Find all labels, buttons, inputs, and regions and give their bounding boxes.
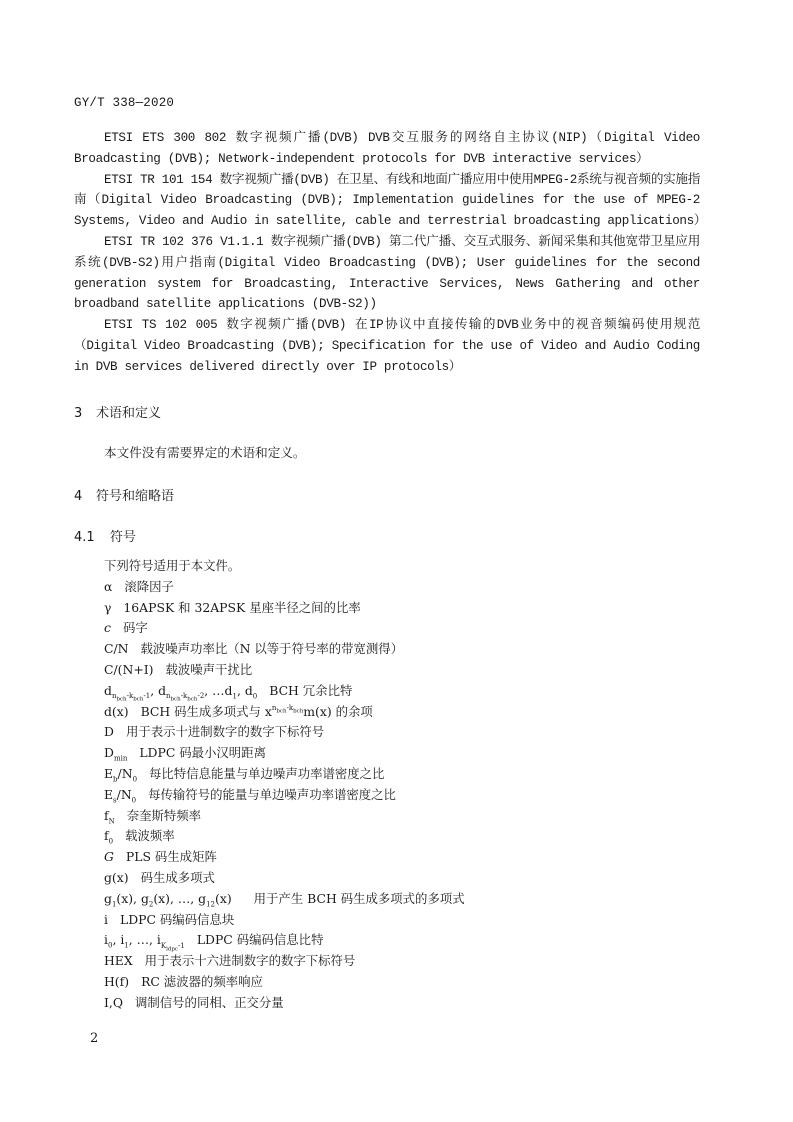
symbols-list: 下列符号适用于本文件。 α滚降因子 γ16APSK 和 32APSK 星座半径之… [104,556,465,1014]
symbol-entry: C/(N+I)载波噪声干扰比 [104,660,465,681]
reference-text: ETSI TS 102 005 数字视频广播(DVB) 在IP协议中直接传输的D… [74,315,700,377]
section-number: 3 [74,406,96,421]
symbol-description: 码生成多项式 [141,870,215,885]
symbol-entry: dnbch-kbch-1, dnbch-kbch-2, …d1, d0BCH 冗… [104,681,465,702]
symbol-ldpc-info-bits: i0, i1, …, iKldpc-1 [104,930,185,951]
symbol-description: 载波噪声功率比（N 以等于符号率的带宽测得） [141,641,404,656]
normative-references-list: ETSI ETS 300 802 数字视频广播(DVB) DVB交互服务的网络自… [74,128,700,378]
symbol-entry: g1(x), g2(x), …, g12(x)用于产生 BCH 码生成多项式的多… [104,889,465,910]
symbol-description: 16APSK 和 32APSK 星座半径之间的比率 [123,600,360,615]
reference-text: ETSI ETS 300 802 数字视频广播(DVB) DVB交互服务的网络自… [74,128,700,170]
symbol-description: 每传输符号的能量与单边噪声功率谱密度之比 [148,787,396,802]
symbol: i [104,910,108,931]
symbol-fn: fN [104,806,115,827]
symbol-description: 滚降因子 [124,579,174,594]
symbol-entry: γ16APSK 和 32APSK 星座半径之间的比率 [104,598,465,619]
symbols-intro: 下列符号适用于本文件。 [104,556,465,577]
symbol: I,Q [104,993,123,1014]
symbol-entry: f0载波频率 [104,826,465,847]
section-3-heading: 3术语和定义 [74,402,161,421]
symbol-entry: Eb/N0每比特信息能量与单边噪声功率谱密度之比 [104,764,465,785]
section-number: 4 [74,489,96,504]
reference-item: ETSI TR 101 154 数字视频广播(DVB) 在卫星、有线和地面广播应… [74,170,700,232]
symbol-f0: f0 [104,826,113,847]
symbol-entry: i0, i1, …, iKldpc-1LDPC 码编码信息比特 [104,930,465,951]
symbol-description: LDPC 码编码信息块 [120,912,234,927]
section-number: 4.1 [74,530,110,545]
symbol-entry: c码字 [104,618,465,639]
symbol-entry: I,Q调制信号的同相、正交分量 [104,993,465,1014]
symbol-description-remainder: BCH 码生成多项式与 xnbch-kbchm(x) 的余项 [141,704,373,719]
reference-item: ETSI TR 102 376 V1.1.1 数字视频广播(DVB) 第二代广播… [74,232,700,315]
symbol-entry: DminLDPC 码最小汉明距离 [104,743,465,764]
symbol-es-n0: Es/N0 [104,785,136,806]
symbol: D [104,722,114,743]
section-title: 符号 [110,530,136,545]
standard-id-header: GY/T 338—2020 [74,96,174,110]
page-number: 2 [90,1031,98,1046]
symbol: H(f) [104,972,129,993]
symbol: G [104,847,114,868]
symbol-description: 用于产生 BCH 码生成多项式的多项式 [254,891,465,906]
reference-text: ETSI TR 101 154 数字视频广播(DVB) 在卫星、有线和地面广播应… [74,170,700,232]
section-title: 符号和缩略语 [96,489,174,504]
symbol-description: 载波频率 [125,828,175,843]
section-title: 术语和定义 [96,406,161,421]
symbol-description: BCH 冗余比特 [269,683,352,698]
section-4-heading: 4符号和缩略语 [74,485,174,504]
symbol-entry: d(x)BCH 码生成多项式与 xnbch-kbchm(x) 的余项 [104,702,465,723]
reference-item: ETSI ETS 300 802 数字视频广播(DVB) DVB交互服务的网络自… [74,128,700,170]
reference-item: ETSI TS 102 005 数字视频广播(DVB) 在IP协议中直接传输的D… [74,315,700,377]
symbol-description: 载波噪声干扰比 [165,662,252,677]
symbol-description: LDPC 码最小汉明距离 [139,745,266,760]
symbol-description: RC 滤波器的频率响应 [141,974,263,989]
symbol-description: 调制信号的同相、正交分量 [135,995,284,1010]
symbol-entry: Es/N0每传输符号的能量与单边噪声功率谱密度之比 [104,785,465,806]
symbol-description: 码字 [123,620,148,635]
symbol: HEX [104,951,133,972]
reference-text: ETSI TR 102 376 V1.1.1 数字视频广播(DVB) 第二代广播… [74,232,700,315]
symbol-entry: g(x)码生成多项式 [104,868,465,889]
symbol-description: 每比特信息能量与单边噪声功率谱密度之比 [149,766,384,781]
symbol-entry: C/N载波噪声功率比（N 以等于符号率的带宽测得） [104,639,465,660]
symbol-bch-redundancy-bits: dnbch-kbch-1, dnbch-kbch-2, …d1, d0 [104,681,257,702]
symbol-entry: D用于表示十进制数字的数字下标符号 [104,722,465,743]
symbol-entry: HEX用于表示十六进制数字的数字下标符号 [104,951,465,972]
symbol: g(x) [104,868,129,889]
symbol-entry: GPLS 码生成矩阵 [104,847,465,868]
section-4-1-heading: 4.1符号 [74,526,136,545]
symbol-entry: fN奈奎斯特频率 [104,806,465,827]
symbol-g-polynomials: g1(x), g2(x), …, g12(x) [104,889,232,910]
symbol-dmin: Dmin [104,743,127,764]
symbol-description: PLS 码生成矩阵 [126,849,217,864]
symbol-entry: iLDPC 码编码信息块 [104,910,465,931]
symbol: d(x) [104,702,129,723]
symbol: C/N [104,639,129,660]
symbol-description: 奈奎斯特频率 [127,808,201,823]
symbol-description: 用于表示十六进制数字的数字下标符号 [145,953,356,968]
section-3-body: 本文件没有需要界定的术语和定义。 [104,442,306,461]
symbol: C/(N+I) [104,660,153,681]
symbol-eb-n0: Eb/N0 [104,764,137,785]
symbol-entry: α滚降因子 [104,577,465,598]
symbol: α [104,577,112,598]
symbol-description: 用于表示十进制数字的数字下标符号 [126,724,324,739]
symbol: γ [104,598,111,619]
symbol: c [104,618,111,639]
symbol-description: LDPC 码编码信息比特 [197,932,324,947]
symbol-entry: H(f)RC 滤波器的频率响应 [104,972,465,993]
